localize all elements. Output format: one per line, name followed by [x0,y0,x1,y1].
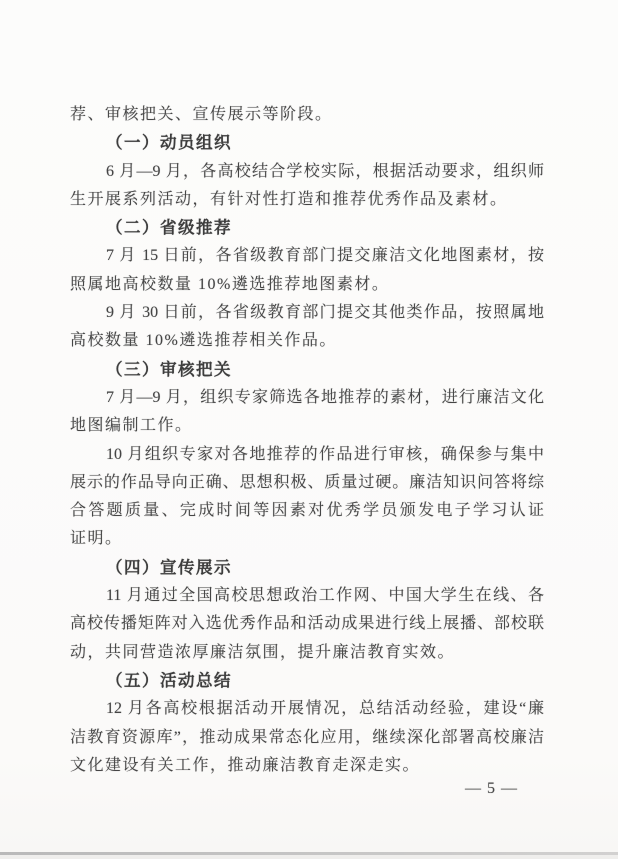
text-line: 6 月—9 月，各高校结合学校实际，根据活动要求，组织师 [70,158,544,186]
scan-edge-margin [0,855,618,859]
text-line: 12 月各高校根据活动开展情况，总结活动经验，建设“廉 [70,695,544,723]
section-heading: （三）审核把关 [70,356,544,384]
text-line: 文化建设有关工作，推动廉洁教育走深走实。 [70,752,544,780]
text-block: 荐、审核把关、宣传展示等阶段。（一）动员组织6 月—9 月，各高校结合学校实际，… [70,101,544,780]
section-heading: （五）活动总结 [70,667,544,695]
text-line: 展示的作品导向正确、思想积极、质量过硬。廉洁知识问答将综 [70,469,544,497]
document-page: 荐、审核把关、宣传展示等阶段。（一）动员组织6 月—9 月，各高校结合学校实际，… [0,0,618,859]
section-heading: （一）动员组织 [70,129,544,157]
text-line: 洁教育资源库”，推动成果常态化应用，继续深化部署高校廉洁 [70,724,544,752]
text-line: 证明。 [70,525,544,553]
text-line: 照属地高校数量 10%遴选推荐地图素材。 [70,271,544,299]
text-line: 7 月—9 月，组织专家筛选各地推荐的素材，进行廉洁文化 [70,384,544,412]
text-line: 7 月 15 日前，各省级教育部门提交廉洁文化地图素材，按 [70,242,544,270]
page-number: — 5 — [465,780,518,798]
text-line: 地图编制工作。 [70,412,544,440]
section-heading: （四）宣传展示 [70,554,544,582]
text-line: 高校传播矩阵对入选优秀作品和活动成果进行线上展播、部校联 [70,610,544,638]
text-line: 荐、审核把关、宣传展示等阶段。 [70,101,544,129]
text-line: 生开展系列活动，有针对性打造和推荐优秀作品及素材。 [70,186,544,214]
text-line: 动，共同营造浓厚廉洁氛围，提升廉洁教育实效。 [70,639,544,667]
text-line: 合答题质量、完成时间等因素对优秀学员颁发电子学习认证 [70,497,544,525]
text-line: 9 月 30 日前，各省级教育部门提交其他类作品，按照属地 [70,299,544,327]
text-line: 11 月通过全国高校思想政治工作网、中国大学生在线、各 [70,582,544,610]
section-heading: （二）省级推荐 [70,214,544,242]
text-line: 高校数量 10%遴选推荐相关作品。 [70,327,544,355]
text-line: 10 月组织专家对各地推荐的作品进行审核，确保参与集中 [70,441,544,469]
